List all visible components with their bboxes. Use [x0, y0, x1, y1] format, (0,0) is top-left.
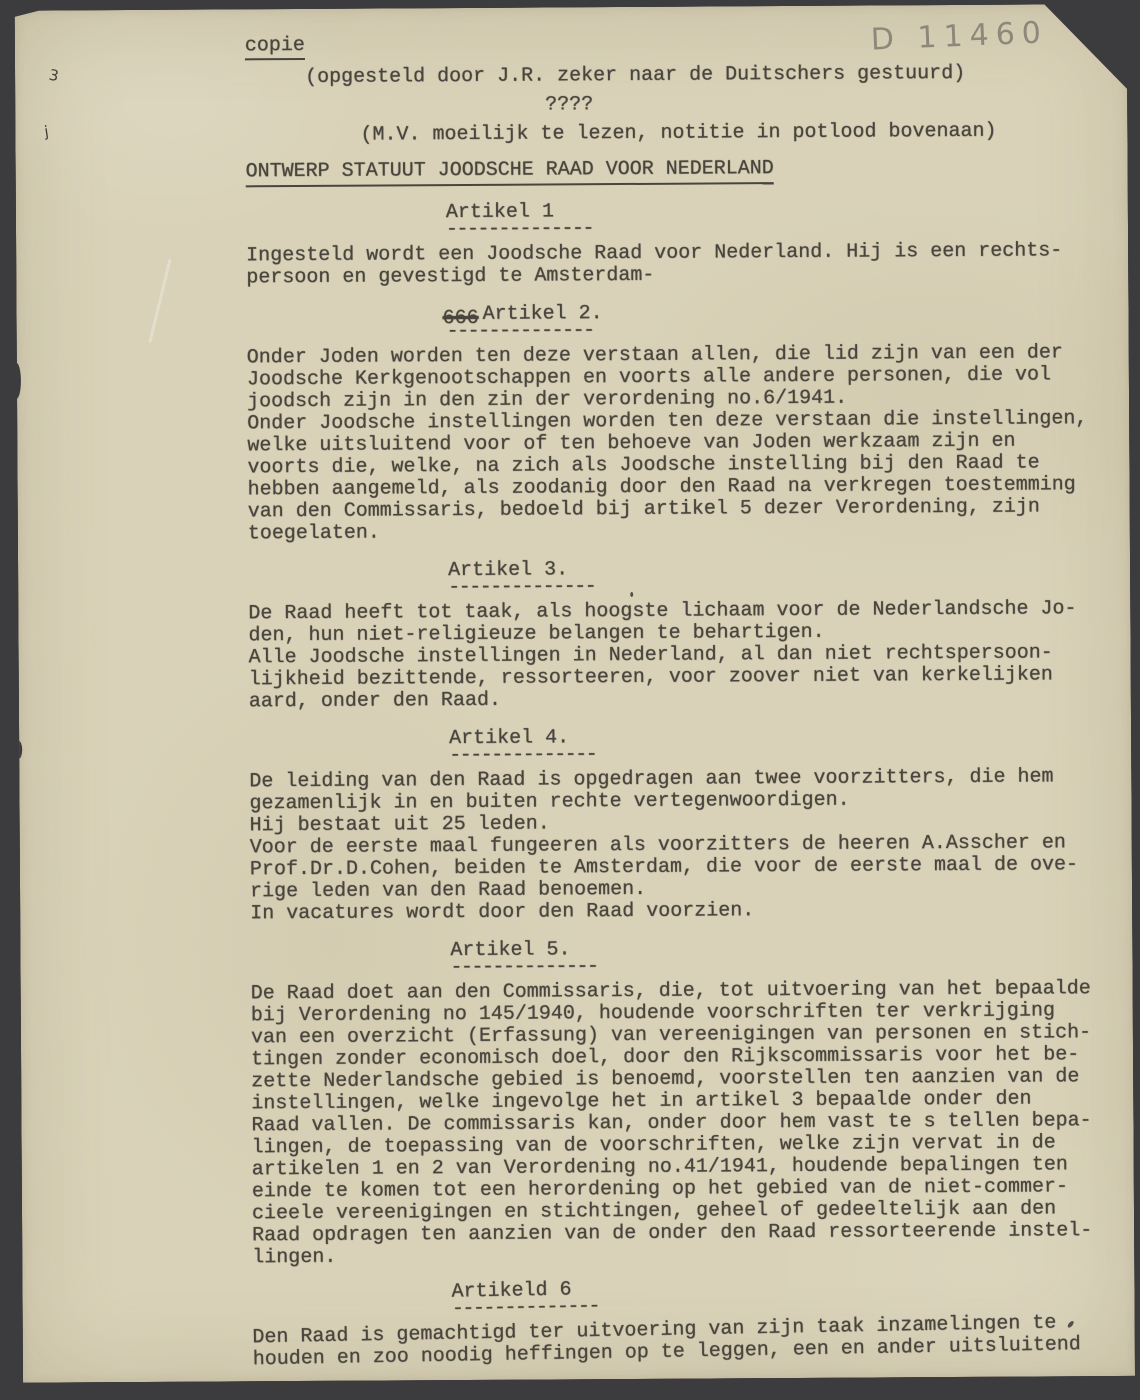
typewritten-content: copie (opgesteld door J.R. zeker naar de…: [15, 4, 1135, 1373]
article-4: Artikel 4. -------------- De leiding van…: [249, 724, 1118, 925]
text-line: persoon en gevestigd te Amsterdam-: [246, 262, 1114, 289]
document-title-row: ONTWERP STATUUT JOODSCHE RAAD VOOR NEDER…: [246, 156, 1114, 187]
article-body: De Raad heeft tot taak, als hoogste lich…: [248, 598, 1117, 713]
document-title: ONTWERP STATUUT JOODSCHE RAAD VOOR NEDER…: [246, 158, 774, 187]
strikeout-text: 666: [442, 307, 478, 330]
article-2: 666Artikel 2. -------------- Onder Joden…: [246, 300, 1115, 545]
scanned-document-page: { "document": { "colors": { "scan_backgr…: [0, 0, 1140, 1400]
article-body: Ingesteld wordt een Joodsche Raad voor N…: [246, 240, 1114, 289]
annotation-question-marks: ????: [545, 91, 1113, 116]
heading-rule: --------------: [450, 958, 1118, 976]
article-6: Artikeld 6 -------------- Den Raad is ge…: [251, 1269, 1120, 1371]
heading-rule: --------------: [447, 322, 1115, 340]
article-body: Onder Joden worden ten deze verstaan all…: [247, 342, 1116, 545]
heading-rule: --------------: [448, 578, 1116, 596]
text-line: toegelaten.: [248, 518, 1116, 545]
text-line: aard, onder den Raad.: [249, 686, 1117, 713]
text-line: In vacatures wordt door den Raad voorzie…: [250, 898, 1118, 925]
article-body: Den Raad is gemachtigd ter uitvoering va…: [252, 1311, 1121, 1371]
annotation-line: (opgesteld door J.R. zeker naar de Duits…: [305, 62, 1113, 89]
copy-label: copie: [245, 35, 305, 60]
article-5: Artikel 5. -------------- De Raad doet a…: [250, 936, 1120, 1269]
heading-rule: --------------: [449, 746, 1117, 764]
paper-sheet: D 11460 3 j copie (opgesteld door J.R. z…: [15, 4, 1135, 1383]
annotation-line: (M.V. moeilijk te lezen, notitie in potl…: [360, 120, 1113, 147]
article-body: De leiding van den Raad is opgedragen aa…: [249, 766, 1118, 925]
article-3: Artikel 3. -------------- De Raad heeft …: [248, 556, 1117, 713]
article-body: De Raad doet aan den Commissaris, die, t…: [251, 978, 1121, 1269]
copy-row: copie: [245, 30, 1113, 60]
article-1: Artikel 1 -------------- Ingesteld wordt…: [246, 198, 1115, 289]
heading-rule: --------------: [446, 220, 1114, 238]
